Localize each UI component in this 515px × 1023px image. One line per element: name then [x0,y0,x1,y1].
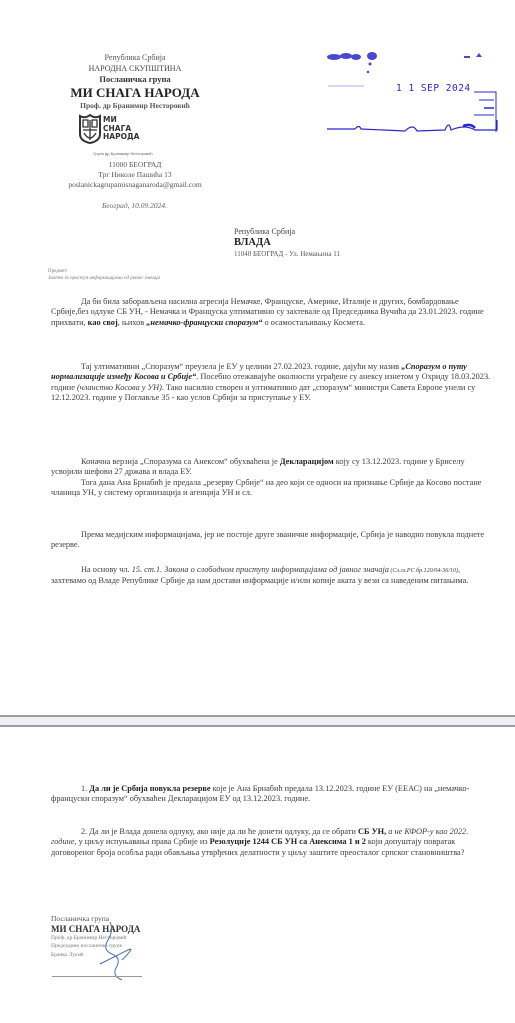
sender-group-name: МИ СНАГА НАРОДА [40,85,230,100]
subject-block: Предмет: Захтев за приступ информацијама… [48,268,160,282]
paragraph-2: Тај ултимативни „Споразум“ преузела је Е… [51,362,491,403]
logo-wordmark: МИ СНАГА НАРОДА [103,116,139,142]
paragraph-3: Коначна верзија „Споразума са Анексом“ о… [51,457,491,478]
shield-icon [79,114,101,144]
paragraph-1: Да би била заборављена насилна агресија … [51,297,491,328]
received-stamp-icon: 1 1 SEP 2024 [324,42,514,132]
subject-value: Захтев за приступ информацијама од јавно… [48,275,160,282]
recipient-address: 11040 БЕОГРАД - Ул. Немањина 11 [234,249,340,260]
stamp-signature-icon [325,120,515,140]
sender-leader: Проф. др Бранимир Несторовић [40,100,230,111]
sender-assembly: НАРОДНА СКУПШТИНА [40,63,230,74]
question-1: 1. Да ли је Србија повукла резерве које … [51,784,491,805]
page-separator [0,715,515,727]
recipient-block: Република Србија ВЛАДА 11040 БЕОГРАД - У… [234,226,340,260]
document-date: Београд, 10.09.2024. [102,201,167,210]
paragraph-6: На основу чл. 15. ст.1. Закона о слободн… [51,565,491,587]
sender-header: Република Србија НАРОДНА СКУПШТИНА Посла… [40,52,230,111]
recipient-republic: Република Србија [234,226,340,237]
recipient-name: ВЛАДА [234,237,340,249]
logo-subtitle: Група др Бранимир Несторовић [68,151,178,156]
subject-label: Предмет: [48,268,160,275]
sender-republic: Република Србија [40,52,230,63]
sender-address: 11000 БЕОГРАД Трг Николе Пашића 13 posla… [40,160,230,190]
party-logo: МИ СНАГА НАРОДА [79,114,189,154]
paragraph-4: Тога дана Ана Брнабић је предала „резерв… [51,478,491,499]
signature-line [52,976,142,977]
sender-email: poslanickagrupamisnaganaroda@gmail.com [40,180,230,190]
sender-group-label: Посланичка група [40,74,230,85]
stamp-date: 1 1 SEP 2024 [396,83,471,94]
question-2: 2. Да ли је Влада донела одлуку, ако ниј… [51,827,491,858]
paragraph-5: Према медијским информацијама, јер не по… [51,530,491,551]
